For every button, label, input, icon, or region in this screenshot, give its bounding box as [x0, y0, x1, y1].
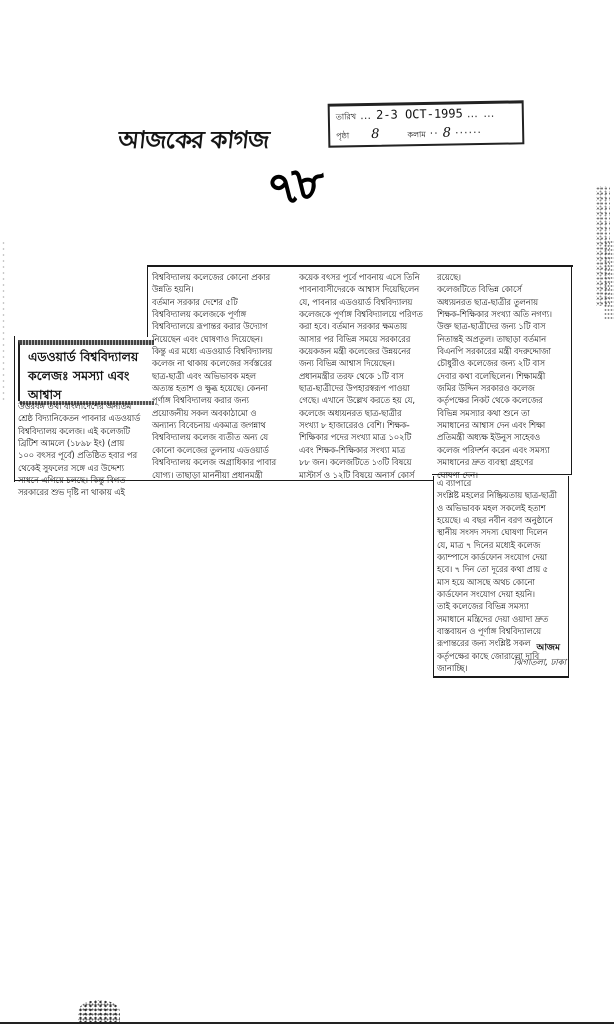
stamp-column-label: কলাম	[407, 129, 426, 142]
author-name: আজম	[470, 640, 560, 655]
scan-noise-right-edge	[604, 240, 614, 320]
clip-border-right-lower	[568, 476, 569, 678]
date-stamp: তারিখ … 2-3 OCT-1995 … … পৃষ্ঠা 8 কলাম ·…	[328, 100, 525, 147]
stamp-dots: …	[360, 109, 372, 122]
clip-border-left-main	[147, 265, 148, 337]
article-headline: এডওয়ার্ড বিশ্ববিদ্যালয় কলেজঃ সমস্যা এব…	[28, 347, 158, 404]
article-column-4: রয়েছে। কলেজটিতে বিভিন্ন কোর্সে অধ্যয়নর…	[437, 271, 569, 481]
article-column-3: কয়েক বৎসর পূর্বে পাবনায় এসে তিনি পাবনা…	[299, 271, 433, 481]
clip-border-right-main	[571, 265, 572, 475]
clip-border-left-lower	[433, 476, 434, 678]
author-location: ঝিগাতলা, ঢাকা	[460, 656, 566, 670]
stamp-dots: … …	[467, 107, 496, 120]
headline-box: এডওয়ার্ড বিশ্ববিদ্যালয় কলেজঃ সমস্যা এব…	[18, 340, 154, 401]
article-column-1: উত্তরবঙ্গ তথা বাংলাদেশের অন্যতম শ্রেষ্ঠ …	[18, 400, 152, 499]
stamp-date-value: 2-3 OCT-1995	[376, 106, 463, 122]
scan-noise-bottom	[78, 1000, 120, 1024]
stamp-date-label: তারিখ	[336, 111, 356, 124]
stamp-dots: ······	[455, 126, 482, 139]
stamp-page-label: পৃষ্ঠা	[336, 130, 349, 143]
newspaper-name: আজকের কাগজ	[116, 122, 271, 162]
clip-border-top-main	[147, 265, 573, 267]
article-column-2: বিশ্ববিদ্যালয় কলেজের কোনো প্রকার উন্নতি…	[152, 271, 294, 481]
stamp-page-value: 8	[371, 127, 380, 142]
handwritten-page-number: ৭৮	[259, 145, 331, 235]
scanned-newspaper-page: আজকের কাগজ ৭৮ তারিখ … 2-3 OCT-1995 … … প…	[0, 0, 614, 1024]
stamp-page-row: পৃষ্ঠা 8 কলাম ·· 8 ······	[336, 124, 516, 146]
clip-border-bottom-lower	[433, 676, 569, 678]
clip-border-left-headline	[14, 336, 15, 482]
stamp-column-value: 8	[443, 126, 452, 141]
stamp-dots: ··	[430, 127, 439, 140]
scan-noise-left	[2, 240, 5, 400]
